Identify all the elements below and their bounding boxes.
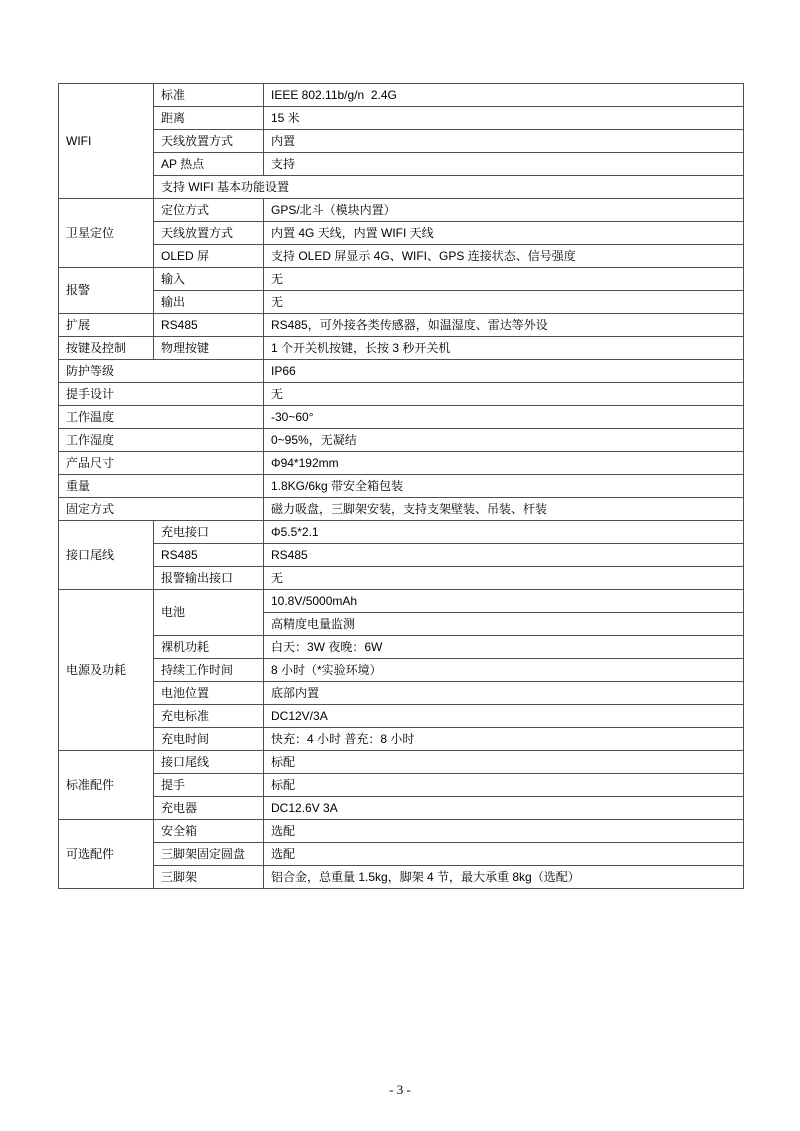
- page-number: - 3 -: [389, 1082, 411, 1097]
- spec-label-cell: 定位方式: [154, 199, 264, 222]
- spec-label-cell: 报警输出接口: [154, 567, 264, 590]
- spec-row: 三脚架铝合金，总重量 1.5kg，脚架 4 节，最大承重 8kg（选配）: [59, 866, 744, 889]
- spec-value-cell: 8 小时（*实验环境）: [264, 659, 744, 682]
- spec-value-cell: GPS/北斗（模块内置）: [264, 199, 744, 222]
- spec-value-cell: RS485，可外接各类传感器，如温湿度、雷达等外设: [264, 314, 744, 337]
- spec-label-cell: RS485: [154, 544, 264, 567]
- category-cell: 固定方式: [59, 498, 264, 521]
- spec-value-cell: 10.8V/5000mAh: [264, 590, 744, 613]
- spec-value-cell: 选配: [264, 843, 744, 866]
- spec-row: 接口尾线充电接口Φ5.5*2.1: [59, 521, 744, 544]
- category-cell: 重量: [59, 475, 264, 498]
- spec-row: 报警输入无: [59, 268, 744, 291]
- spec-label-cell: AP 热点: [154, 153, 264, 176]
- spec-table-body: WIFI标准IEEE 802.11b/g/n 2.4G距离15 米天线放置方式内…: [59, 84, 744, 889]
- category-cell: 接口尾线: [59, 521, 154, 590]
- spec-value-cell: 支持 OLED 屏显示 4G、WIFI、GPS 连接状态、信号强度: [264, 245, 744, 268]
- category-cell: 卫星定位: [59, 199, 154, 268]
- spec-label-cell: 充电接口: [154, 521, 264, 544]
- category-cell: 工作温度: [59, 406, 264, 429]
- spec-value-cell: 1.8KG/6kg 带安全箱包装: [264, 475, 744, 498]
- spec-row: 充电时间快充：4 小时 普充：8 小时: [59, 728, 744, 751]
- category-cell: 提手设计: [59, 383, 264, 406]
- spec-value-cell: 内置: [264, 130, 744, 153]
- category-cell: 按键及控制: [59, 337, 154, 360]
- spec-label-cell: 持续工作时间: [154, 659, 264, 682]
- spec-label-cell: 物理按键: [154, 337, 264, 360]
- spec-label-cell: 接口尾线: [154, 751, 264, 774]
- spec-label-cell: RS485: [154, 314, 264, 337]
- spec-row: 标准配件接口尾线标配: [59, 751, 744, 774]
- category-cell: WIFI: [59, 84, 154, 199]
- spec-row: 输出无: [59, 291, 744, 314]
- spec-label-cell: OLED 屏: [154, 245, 264, 268]
- spec-label-cell: 电池: [154, 590, 264, 636]
- category-cell: 扩展: [59, 314, 154, 337]
- category-cell: 工作湿度: [59, 429, 264, 452]
- category-cell: 标准配件: [59, 751, 154, 820]
- spec-row: 可选配件安全箱选配: [59, 820, 744, 843]
- spec-value-cell: 选配: [264, 820, 744, 843]
- spec-label-cell: 裸机功耗: [154, 636, 264, 659]
- spec-value-cell: 15 米: [264, 107, 744, 130]
- spec-value-cell: 标配: [264, 751, 744, 774]
- spec-row: AP 热点支持: [59, 153, 744, 176]
- spec-row: 充电标准DC12V/3A: [59, 705, 744, 728]
- spec-value-cell: 无: [264, 383, 744, 406]
- spec-value-cell: 支持: [264, 153, 744, 176]
- spec-value-cell: 内置 4G 天线，内置 WIFI 天线: [264, 222, 744, 245]
- spec-row: 电池位置底部内置: [59, 682, 744, 705]
- spec-row: 扩展RS485RS485，可外接各类传感器，如温湿度、雷达等外设: [59, 314, 744, 337]
- spec-row: 三脚架固定圆盘选配: [59, 843, 744, 866]
- spec-label-cell: 安全箱: [154, 820, 264, 843]
- spec-label-cell: 天线放置方式: [154, 130, 264, 153]
- spec-value-cell: 无: [264, 291, 744, 314]
- spec-label-cell: 充电器: [154, 797, 264, 820]
- spec-label-cell: 充电标准: [154, 705, 264, 728]
- spec-row: 防护等级IP66: [59, 360, 744, 383]
- spec-value-cell: RS485: [264, 544, 744, 567]
- spec-row: 支持 WIFI 基本功能设置: [59, 176, 744, 199]
- spec-label-cell: 三脚架固定圆盘: [154, 843, 264, 866]
- category-cell: 产品尺寸: [59, 452, 264, 475]
- spec-label-cell: 充电时间: [154, 728, 264, 751]
- spec-value-cell: 高精度电量监测: [264, 613, 744, 636]
- spec-value-cell: 1 个开关机按键，长按 3 秒开关机: [264, 337, 744, 360]
- spec-row: 重量1.8KG/6kg 带安全箱包装: [59, 475, 744, 498]
- document-page: WIFI标准IEEE 802.11b/g/n 2.4G距离15 米天线放置方式内…: [0, 0, 800, 1131]
- spec-label-cell: 输出: [154, 291, 264, 314]
- spec-label-cell: 提手: [154, 774, 264, 797]
- spec-row: 持续工作时间8 小时（*实验环境）: [59, 659, 744, 682]
- spec-label-cell: 标准: [154, 84, 264, 107]
- spec-row: 工作温度-30~60°: [59, 406, 744, 429]
- spec-row: 工作湿度0~95%，无凝结: [59, 429, 744, 452]
- spec-value-cell: 底部内置: [264, 682, 744, 705]
- spec-row: RS485RS485: [59, 544, 744, 567]
- spec-row: OLED 屏支持 OLED 屏显示 4G、WIFI、GPS 连接状态、信号强度: [59, 245, 744, 268]
- spec-row: 距离15 米: [59, 107, 744, 130]
- category-cell: 可选配件: [59, 820, 154, 889]
- spec-row: 天线放置方式内置: [59, 130, 744, 153]
- spec-value-cell: 0~95%，无凝结: [264, 429, 744, 452]
- spec-value-cell: 支持 WIFI 基本功能设置: [154, 176, 744, 199]
- spec-value-cell: -30~60°: [264, 406, 744, 429]
- spec-label-cell: 距离: [154, 107, 264, 130]
- spec-row: WIFI标准IEEE 802.11b/g/n 2.4G: [59, 84, 744, 107]
- spec-row: 电源及功耗电池10.8V/5000mAh: [59, 590, 744, 613]
- spec-value-cell: IEEE 802.11b/g/n 2.4G: [264, 84, 744, 107]
- spec-value-cell: Φ5.5*2.1: [264, 521, 744, 544]
- spec-label-cell: 电池位置: [154, 682, 264, 705]
- spec-label-cell: 天线放置方式: [154, 222, 264, 245]
- spec-value-cell: 白天：3W 夜晚：6W: [264, 636, 744, 659]
- spec-value-cell: 标配: [264, 774, 744, 797]
- spec-row: 报警输出接口无: [59, 567, 744, 590]
- spec-value-cell: Φ94*192mm: [264, 452, 744, 475]
- spec-row: 固定方式磁力吸盘，三脚架安装，支持支架壁装、吊装、杆装: [59, 498, 744, 521]
- spec-value-cell: DC12.6V 3A: [264, 797, 744, 820]
- page-footer: - 3 -: [0, 1082, 800, 1098]
- spec-table: WIFI标准IEEE 802.11b/g/n 2.4G距离15 米天线放置方式内…: [58, 83, 744, 889]
- spec-value-cell: 铝合金，总重量 1.5kg，脚架 4 节，最大承重 8kg（选配）: [264, 866, 744, 889]
- category-cell: 防护等级: [59, 360, 264, 383]
- spec-value-cell: DC12V/3A: [264, 705, 744, 728]
- spec-row: 充电器DC12.6V 3A: [59, 797, 744, 820]
- spec-row: 提手设计无: [59, 383, 744, 406]
- spec-row: 卫星定位定位方式GPS/北斗（模块内置）: [59, 199, 744, 222]
- spec-value-cell: IP66: [264, 360, 744, 383]
- spec-value-cell: 无: [264, 268, 744, 291]
- spec-value-cell: 快充：4 小时 普充：8 小时: [264, 728, 744, 751]
- spec-row: 产品尺寸Φ94*192mm: [59, 452, 744, 475]
- spec-row: 按键及控制物理按键1 个开关机按键，长按 3 秒开关机: [59, 337, 744, 360]
- spec-label-cell: 输入: [154, 268, 264, 291]
- category-cell: 报警: [59, 268, 154, 314]
- spec-row: 裸机功耗白天：3W 夜晚：6W: [59, 636, 744, 659]
- spec-value-cell: 磁力吸盘，三脚架安装，支持支架壁装、吊装、杆装: [264, 498, 744, 521]
- spec-row: 提手标配: [59, 774, 744, 797]
- category-cell: 电源及功耗: [59, 590, 154, 751]
- spec-label-cell: 三脚架: [154, 866, 264, 889]
- spec-row: 天线放置方式内置 4G 天线，内置 WIFI 天线: [59, 222, 744, 245]
- spec-value-cell: 无: [264, 567, 744, 590]
